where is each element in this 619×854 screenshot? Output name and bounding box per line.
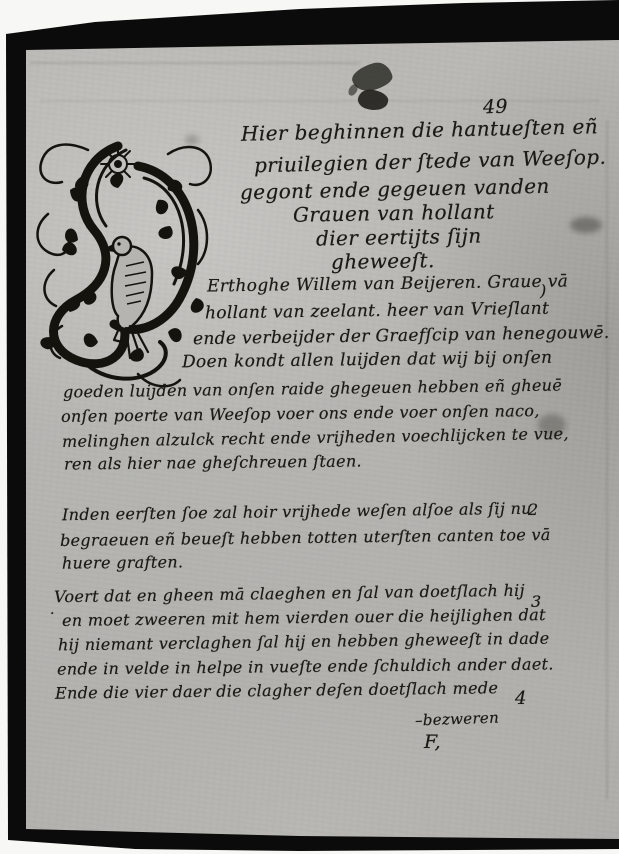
manuscript-photo: 49 bbox=[0, 0, 619, 854]
text-line: huere graften. bbox=[62, 552, 184, 572]
heading-line: Grauen van hollant bbox=[293, 199, 495, 227]
heading-line: dier eertijts ſijn bbox=[316, 224, 482, 251]
crease-line bbox=[40, 100, 600, 102]
crease-line bbox=[30, 62, 360, 64]
quire-signature: F, bbox=[424, 731, 441, 753]
page-edge-crease bbox=[606, 120, 608, 800]
margin-number: 2 bbox=[528, 500, 539, 519]
margin-mark: ) bbox=[540, 281, 547, 300]
margin-number: 4 bbox=[515, 688, 527, 709]
flower-center bbox=[114, 160, 122, 168]
catchword: –bezweren bbox=[415, 709, 500, 730]
text-line: ren als hier nae gheſchreuen ſtaen. bbox=[64, 451, 362, 473]
heading-line: gheweeſt. bbox=[331, 248, 435, 274]
margin-number: 3 bbox=[531, 592, 542, 611]
page-number: 49 bbox=[483, 96, 509, 119]
stain bbox=[570, 217, 602, 233]
margin-dot: · bbox=[50, 606, 55, 622]
